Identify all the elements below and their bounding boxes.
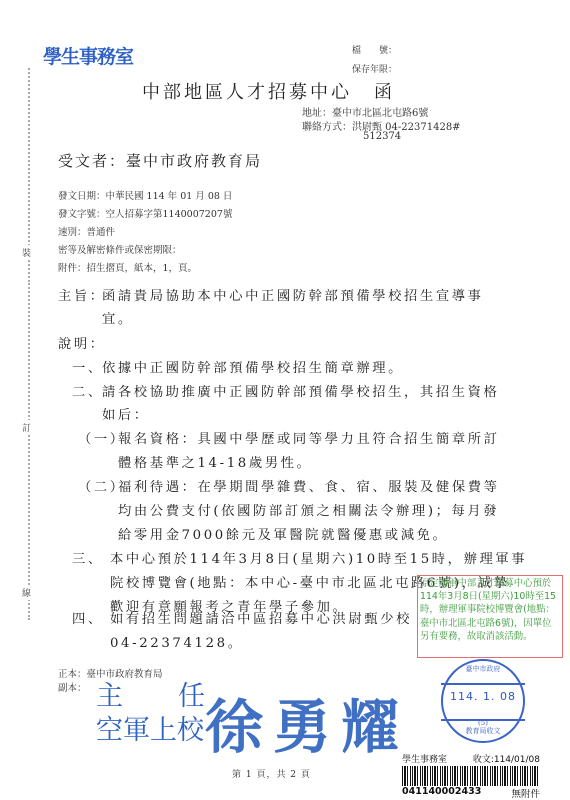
document-number: 發文字號：空人招募字第1140007207號 [58, 206, 232, 220]
seal-bottom: (5) 教育局收文 [443, 719, 523, 735]
item-line: 04-22374128。 [110, 632, 244, 651]
barcode-number: 041140002433 [402, 786, 481, 800]
doc-type: 函 [374, 82, 395, 103]
item-line: 如有招生問題請洽中區招募中心洪尉甄少校 [110, 608, 412, 627]
barcode-header: 學生事務室 收文:114/01/08 [402, 752, 540, 765]
item-line: 請各校協助推廣中正國防幹部預備學校招生，其招生資格 [102, 381, 499, 400]
page-indicator: 第 1 頁，共 2 頁 [232, 767, 311, 780]
org-name: 中部地區人才招募中心 [142, 82, 352, 103]
received-seal: 臺中市政府 114. 1. 08 (5) 教育局收文 [441, 659, 525, 743]
subject-line: 函請貴局協助本中心中正國防幹部預備學校招生宣導事 [102, 285, 484, 304]
item-line: 均由公費支付(依國防部訂頒之相關法令辦理)；每月發 [118, 500, 499, 519]
barcode-received-date: 收文:114/01/08 [473, 752, 540, 765]
item-line: 給零用金7000餘元及軍醫院就醫優惠或減免。 [118, 524, 448, 543]
binding-char: 訂 [22, 420, 31, 435]
explanation-label: 說明： [58, 333, 106, 352]
binding-char: 裝 [22, 245, 31, 260]
cancellation-note: 原定國軍中部人才招募中心預於114年3月8日(星期六)10時至15時，辦理軍事院… [417, 575, 563, 658]
barcode-office: 學生事務室 [402, 752, 447, 765]
item-line: 依據中正國防幹部預備學校招生簡章辦理。 [102, 357, 404, 376]
original-recipient: 正本：臺中市政府教育局 [58, 666, 163, 680]
document-title: 中部地區人才招募中心函 [142, 78, 395, 104]
signer-name-seal: 徐勇耀 [205, 680, 409, 764]
barcode-label: 學生事務室 收文:114/01/08 041140002433 無附件 [402, 752, 540, 800]
copy-recipient: 副本： [58, 680, 87, 694]
item-number: 一、 [72, 357, 104, 376]
recipient: 受文者：臺中市政府教育局 [58, 150, 262, 171]
barcode-attachment-status: 無附件 [511, 786, 540, 800]
subject-line: 宜。 [102, 308, 134, 327]
barcode-icon [402, 766, 540, 786]
item-line: 如后： [102, 404, 150, 423]
item-line: 報名資格：具國中學歷或同等學力且符合招生簡章所訂 [118, 428, 500, 447]
signer-title: 主 任 [96, 682, 219, 712]
attachment-info: 附件：招生摺頁，紙本，1，頁。 [58, 260, 197, 274]
seal-bottom-text: 教育局收文 [443, 727, 523, 735]
seal-date: 114. 1. 08 [443, 690, 523, 703]
item-line: 體格基準之14-18歲男性。 [118, 452, 312, 471]
office-stamp: 學生事務室 [43, 42, 133, 69]
item-line: 福利待遇：在學期間學雜費、食、宿、服裝及健保費等 [118, 476, 500, 495]
binding-line [28, 280, 30, 620]
subject-label: 主旨： [58, 285, 106, 304]
item-line: 本中心預於114年3月8日(星期六)10時至15時，辦理軍事 [110, 548, 527, 567]
item-number: 三、 [72, 548, 104, 567]
secrecy-level: 密等及解密條件或保密期限： [58, 242, 182, 256]
binding-char: 線 [22, 585, 31, 600]
contact-extension: 512374 [363, 131, 401, 142]
issue-date: 發文日期：中華民國 114 年 01 月 08 日 [58, 188, 232, 202]
item-number: 二、 [72, 381, 104, 400]
delivery-speed: 速別：普通件 [58, 224, 115, 238]
seal-top-text: 臺中市政府 [443, 664, 523, 674]
address-line: 地址：臺中市北區北屯路6號 [302, 104, 428, 119]
retention-period-label: 保存年限： [352, 62, 397, 75]
barcode-footer: 041140002433 無附件 [402, 786, 540, 800]
signer-rank: 空軍上校 [96, 716, 204, 746]
file-number-label: 檔 號： [352, 43, 397, 56]
item-number: 四、 [72, 608, 104, 627]
seal-bottom-num: (5) [443, 719, 523, 727]
